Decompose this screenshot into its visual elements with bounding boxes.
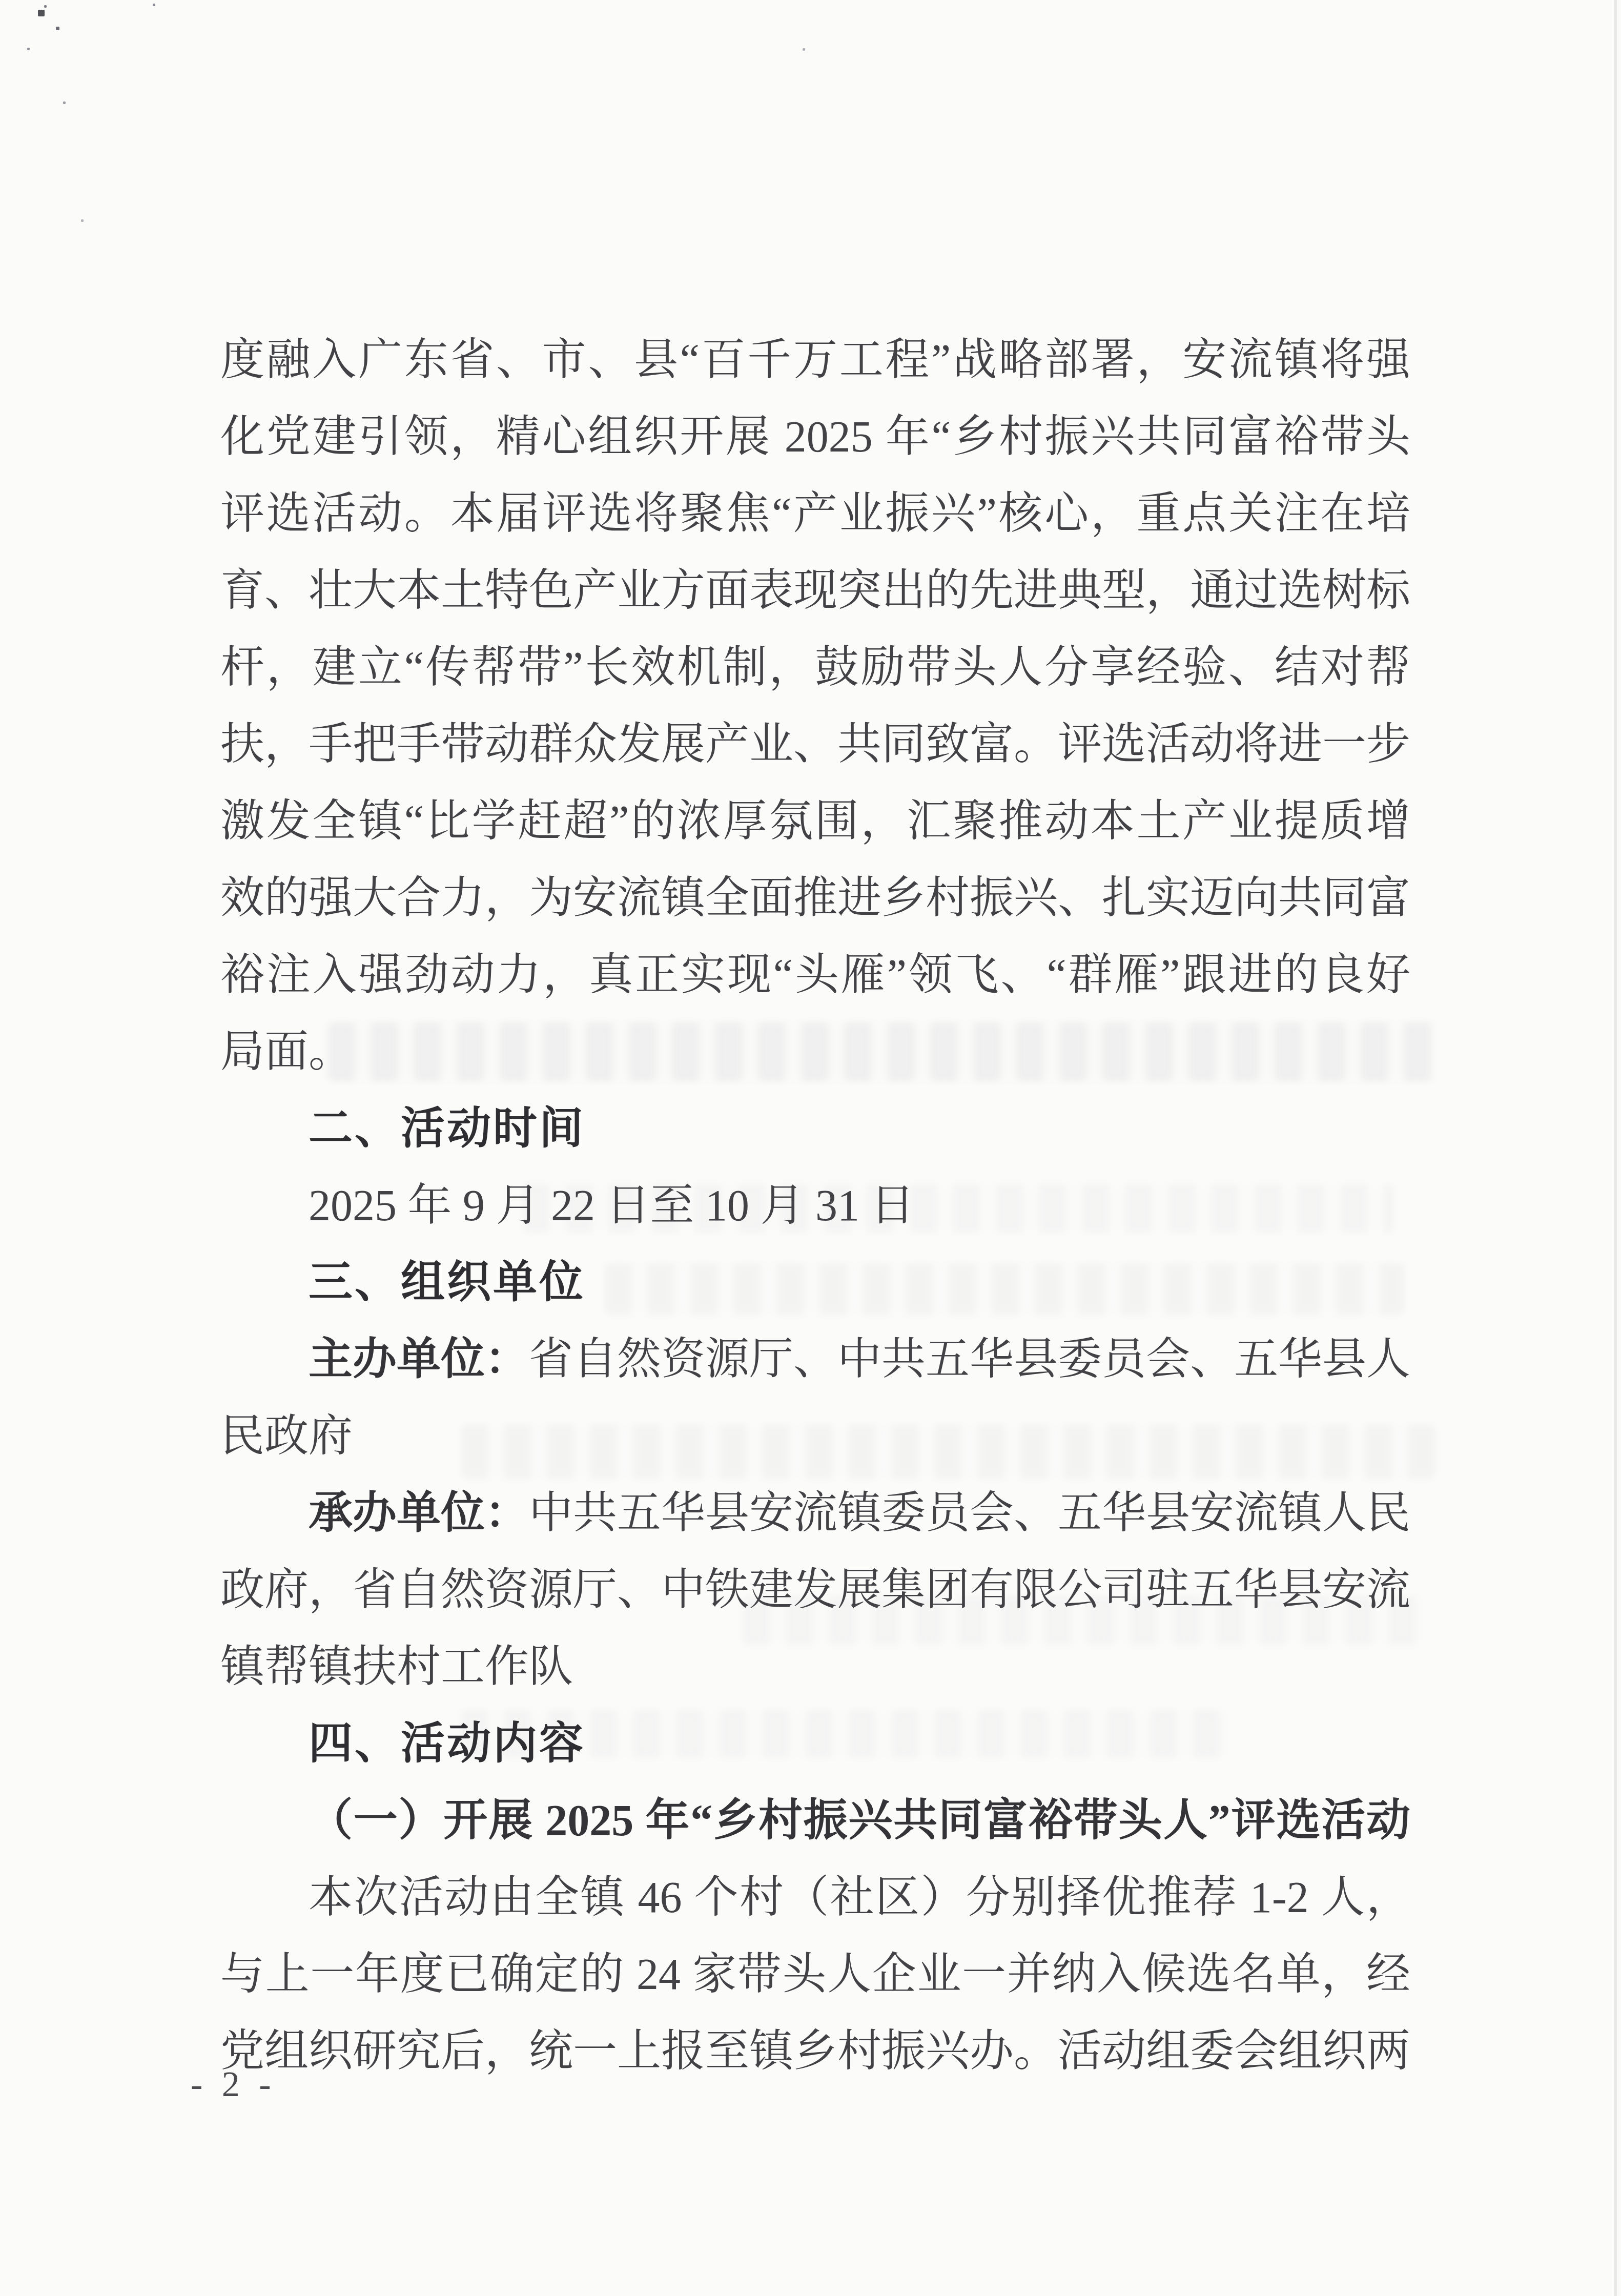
undertaker-unit-line: 承办单位：中共五华县安流镇委员会、五华县安流镇人民 (220, 1474, 1410, 1551)
paragraph-line-8: 效的强大合力，为安流镇全面推进乡村振兴、扎实迈向共同富 (220, 859, 1410, 936)
section-4-heading: 四、活动内容 (220, 1705, 1410, 1782)
section-3-heading: 三、组织单位 (220, 1244, 1410, 1321)
paragraph-line-3: 评选活动。本届评选将聚焦“产业振兴”核心，重点关注在培 (220, 475, 1410, 552)
scan-specks (0, 0, 1, 1)
paragraph-line-10: 局面。 (220, 1013, 1410, 1090)
document-page: 度融入广东省、市、县“百千万工程”战略部署，安流镇将强 化党建引领，精心组织开展… (0, 0, 1621, 2296)
item-1-line-3: 党组织研究后，统一上报至镇乡村振兴办。活动组委会组织两 (220, 2013, 1410, 2089)
item-1-heading: （一）开展 2025 年“乡村振兴共同富裕带头人”评选活动 (220, 1782, 1410, 1859)
undertaker-unit-label: 承办单位： (309, 1488, 529, 1537)
date-line: 2025 年 9 月 22 日至 10 月 31 日 (220, 1167, 1410, 1244)
undertaker-continuation-1: 政府，省自然资源厅、中铁建发展集团有限公司驻五华县安流 (220, 1551, 1410, 1628)
host-unit-label: 主办单位： (309, 1335, 529, 1384)
item-1-line-2: 与上一年度已确定的 24 家带头人企业一并纳入候选名单，经村 (220, 1936, 1410, 2013)
paragraph-line-4: 育、壮大本土特色产业方面表现突出的先进典型，通过选树标 (220, 552, 1410, 629)
scan-edge-shadow (1614, 0, 1617, 2296)
undertaker-continuation-2: 镇帮镇扶村工作队 (220, 1628, 1410, 1705)
item-1-line-1: 本次活动由全镇 46 个村（社区）分别择优推荐 1-2 人，并 (220, 1859, 1410, 1936)
paragraph-line-7: 激发全镇“比学赶超”的浓厚氛围，汇聚推动本土产业提质增 (220, 783, 1410, 859)
paragraph-line-9: 裕注入强劲动力，真正实现“头雁”领飞、“群雁”跟进的良好 (220, 936, 1410, 1013)
host-unit-text: 省自然资源厅、中共五华县委员会、五华县人 (529, 1335, 1410, 1384)
section-2-heading: 二、活动时间 (220, 1090, 1410, 1167)
document-body: 度融入广东省、市、县“百千万工程”战略部署，安流镇将强 化党建引领，精心组织开展… (220, 321, 1410, 2089)
host-unit-continuation: 民政府 (220, 1398, 1410, 1474)
paragraph-line-2: 化党建引领，精心组织开展 2025 年“乡村振兴共同富裕带头人” (220, 398, 1410, 475)
undertaker-unit-text: 中共五华县安流镇委员会、五华县安流镇人民 (529, 1488, 1410, 1537)
paragraph-line-6: 扶，手把手带动群众发展产业、共同致富。评选活动将进一步 (220, 706, 1410, 783)
host-unit-line: 主办单位：省自然资源厅、中共五华县委员会、五华县人 (220, 1321, 1410, 1398)
paragraph-line-5: 杆，建立“传帮带”长效机制，鼓励带头人分享经验、结对帮 (220, 629, 1410, 706)
page-number: - 2 - (191, 2064, 276, 2105)
paragraph-line-1: 度融入广东省、市、县“百千万工程”战略部署，安流镇将强 (220, 321, 1410, 398)
